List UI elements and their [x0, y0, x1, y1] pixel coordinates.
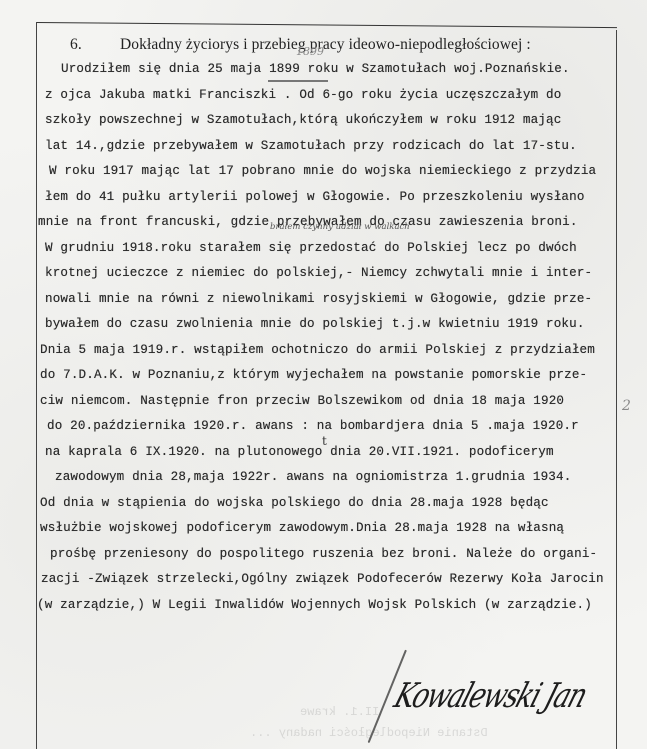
- text-line: Od dnia w stąpienia do wojska polskiego …: [40, 496, 549, 510]
- text-line: lat 14.,gdzie przebywałem w Szamotułach …: [45, 139, 577, 153]
- handwritten-year-correction: 1899: [296, 45, 324, 58]
- document-page: II.1. krawe Dstanie Niepodległości nadan…: [0, 0, 647, 749]
- text-line: Dnia 5 maja 1919.r. wstąpiłem ochotniczo…: [40, 343, 595, 357]
- form-border-right: [616, 30, 617, 749]
- text-line: z ojca Jakuba matki Franciszki . Od 6-go…: [45, 88, 561, 102]
- text-line: nowali mnie na równi z niewolnikami rosy…: [45, 292, 592, 306]
- margin-number: 2: [622, 398, 631, 414]
- form-border-left: [36, 22, 37, 749]
- text-line: zawodowym dnia 28,maja 1922r. awans na o…: [55, 470, 571, 484]
- text-line: wsłużbie wojskowej podoficerym zawodowym…: [40, 521, 564, 535]
- form-border-top: [36, 22, 617, 28]
- text-line: szkoły powszechnej w Szamotułach,którą u…: [45, 113, 561, 127]
- text-line: bywałem do czasu zwolnienia mnie do pols…: [45, 317, 585, 331]
- text-line: ciw niemcom. Następnie fron przeciw Bols…: [40, 394, 564, 408]
- text-line: krotnej ucieczce z niemiec do polskiej,-…: [45, 266, 592, 280]
- text-line: prośbę przeniesony do pospolitego ruszen…: [50, 547, 597, 561]
- text-line: W roku 1917 mając lat 17 pobrano mnie do…: [49, 164, 596, 178]
- text-line: (w zarządzie,) W Legii Inwalidów Wojenny…: [37, 598, 592, 612]
- inserted-letter: t: [322, 434, 327, 448]
- text-line: na kaprala 6 IX.1920. na plutonowego dni…: [45, 445, 554, 459]
- text-line: Urodziłem się dnia 25 maja 1899 roku w S…: [61, 62, 570, 76]
- signature: Kowalewski Jan: [390, 676, 592, 716]
- text-line: łem do 41 pułku artylerii polowej w Głog…: [45, 190, 585, 204]
- handwritten-insert: brałem czynny udział w walkach: [270, 222, 410, 232]
- text-line: do 7.D.A.K. w Poznaniu,z którym wyjechał…: [40, 368, 587, 382]
- bleed-through-text: II.1. krawe: [300, 705, 379, 719]
- text-line: W grudniu 1918.roku starałem się przedos…: [45, 241, 577, 255]
- year-underline: [268, 80, 328, 82]
- section-number: 6.: [70, 36, 120, 54]
- text-line: zacji -Związek strzelecki,Ogólny związek…: [41, 572, 604, 586]
- text-line: do 20.października 1920.r. awans : na bo…: [47, 419, 579, 433]
- section-title: Dokładny życiorys i przebieg pracy ideow…: [120, 36, 531, 53]
